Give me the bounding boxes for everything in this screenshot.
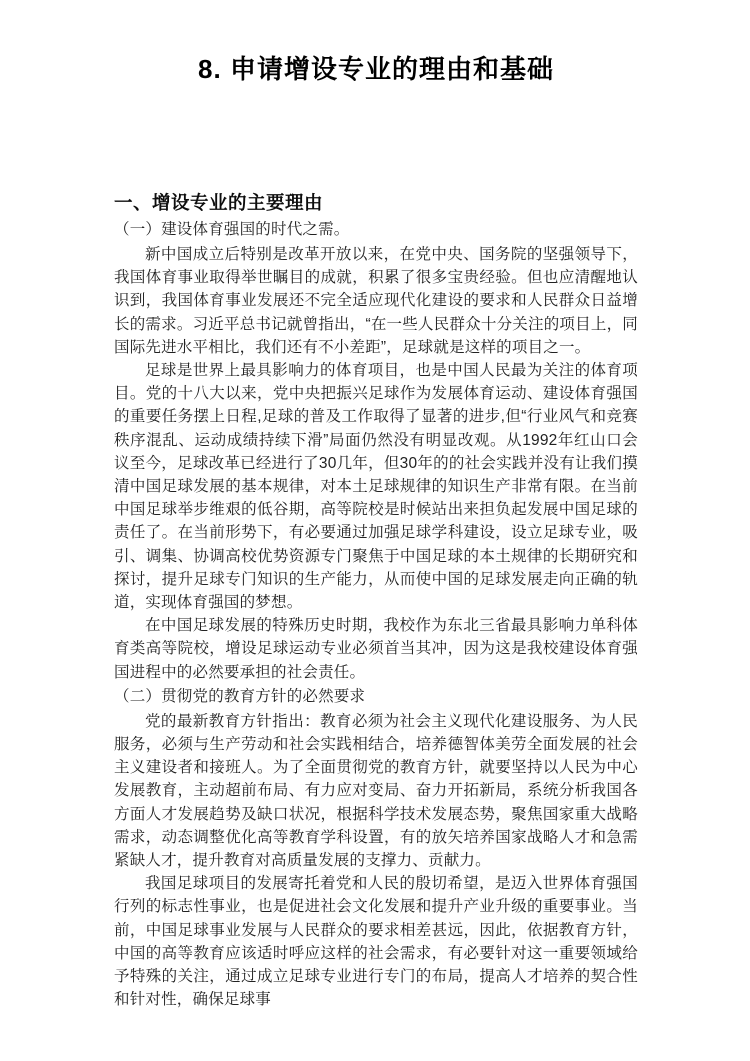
body-paragraph-2: 足球是世界上最具影响力的体育项目，也是中国人民最为关注的体育项目。党的十八大以来…: [114, 359, 638, 614]
body-paragraph-4: 党的最新教育方针指出：教育必须为社会主义现代化建设服务、为人民服务，必须与生产劳…: [114, 710, 638, 872]
body-paragraph-5: 我国足球项目的发展寄托着党和人民的殷切希望，是迈入世界体育强国行列的标志性事业，…: [114, 872, 638, 1011]
body-paragraph-1: 新中国成立后特别是改革开放以来，在党中央、国务院的坚强领导下，我国体育事业取得举…: [114, 243, 638, 359]
subsection-heading-2: （二）贯彻党的教育方针的必然要求: [114, 684, 638, 710]
document-body: 一、增设专业的主要理由 （一）建设体育强国的时代之需。 新中国成立后特别是改革开…: [114, 189, 638, 1012]
document-page: 8. 申请增设专业的理由和基础 一、增设专业的主要理由 （一）建设体育强国的时代…: [0, 0, 750, 1061]
section-heading: 一、增设专业的主要理由: [114, 189, 638, 216]
subsection-heading-1: （一）建设体育强国的时代之需。: [114, 217, 638, 243]
body-paragraph-3: 在中国足球发展的特殊历史时期，我校作为东北三省最具影响力单科体育类高等院校，增设…: [114, 614, 638, 684]
page-title: 8. 申请增设专业的理由和基础: [114, 52, 638, 86]
